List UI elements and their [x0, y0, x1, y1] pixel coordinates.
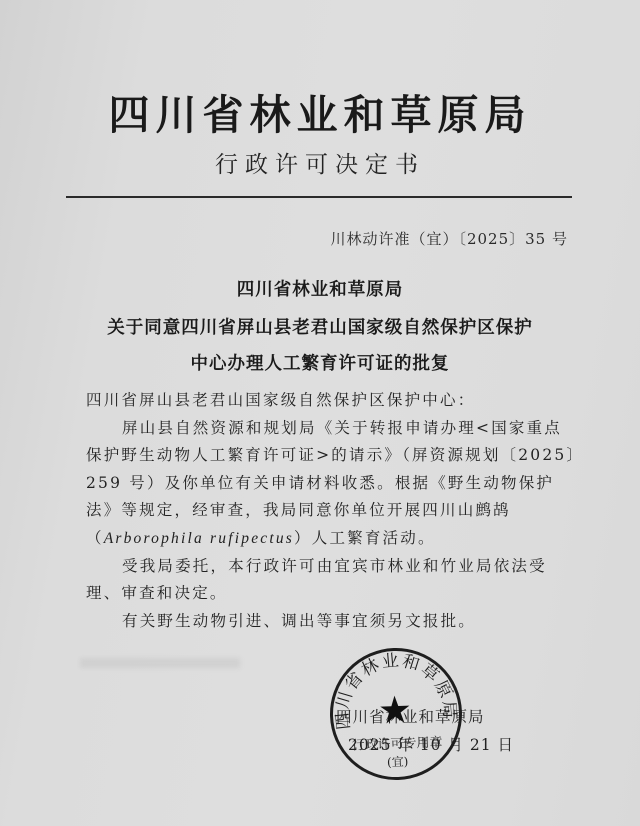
heading-line-2: 关于同意四川省屏山县老君山国家级自然保护区保护 [0, 314, 640, 339]
bleed-through-text [80, 658, 240, 668]
heading-line-3: 中心办理人工繁育许可证的批复 [0, 350, 640, 375]
doc-type-title: 行政许可决定书 [0, 146, 640, 179]
paragraph-1: 屏山县自然资源和规划局《关于转报申请办理<国家重点保护野生动物人工繁育许可证>的… [86, 415, 578, 553]
document-body: 四川省屏山县老君山国家级自然保护区保护中心： 屏山县自然资源和规划局《关于转报申… [86, 387, 578, 635]
org-title: 四川省林业和草原局 [0, 82, 640, 141]
paragraph-1-text: 屏山县自然资源和规划局《关于转报申请办理<国家重点保护野生动物人工繁育许可证>的… [86, 419, 576, 547]
scientific-name: Arborophila rufipectus [104, 530, 294, 547]
paragraph-2: 受我局委托，本行政许可由宜宾市林业和竹业局依法受理、审查和决定。 [86, 553, 578, 608]
document-page: 四川省林业和草原局 行政许可决定书 川林动许准（宜）〔2025〕35 号 四川省… [0, 0, 640, 826]
paragraph-1-end: ）人工繁育活动。 [294, 529, 436, 547]
official-seal: 四川省林业和草原局 ★ 行政许可专用章 (宜) [328, 646, 465, 783]
seal-star-icon: ★ [377, 690, 412, 729]
paragraph-3: 有关野生动物引进、调出等事宜须另文报批。 [86, 608, 578, 636]
header-divider [66, 196, 572, 198]
heading-line-1: 四川省林业和草原局 [0, 276, 640, 301]
recipient: 四川省屏山县老君山国家级自然保护区保护中心： [86, 387, 578, 415]
document-number: 川林动许准（宜）〔2025〕35 号 [330, 228, 568, 249]
